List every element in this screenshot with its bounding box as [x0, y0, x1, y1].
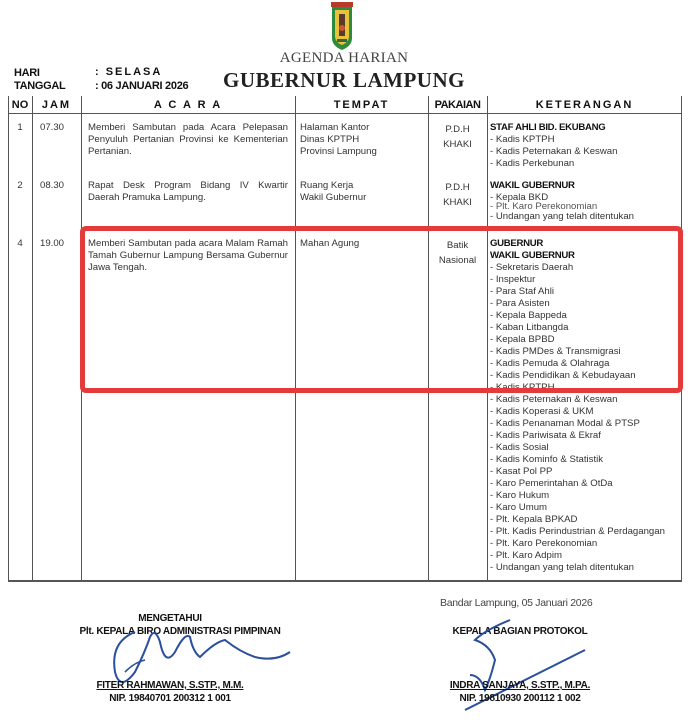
- row-attire: P.D.H KHAKI: [428, 122, 487, 152]
- venue-line: Ruang Kerja: [300, 180, 425, 192]
- left-signer-nip: NIP. 19840701 200312 1 001: [90, 693, 250, 704]
- remarks-item: - Karo Hukum: [490, 490, 680, 502]
- venue-line: Wakil Gubernur: [300, 192, 425, 204]
- remarks-item: - Karo Pemerintahan & OtDa: [490, 478, 680, 490]
- place-date: Bandar Lampung, 05 Januari 2026: [440, 597, 592, 609]
- row-remarks: WAKIL GUBERNUR - Kepala BKD - Plt. Karo …: [490, 180, 680, 226]
- row-time: 19.00: [40, 238, 64, 250]
- column-header-jam: JAM: [32, 99, 81, 111]
- remarks-item: - Kadis Penanaman Modal & PTSP: [490, 418, 680, 430]
- venue-line: Halaman Kantor: [300, 122, 425, 134]
- column-header-tempat: TEMPAT: [295, 99, 428, 111]
- column-header-no: NO: [8, 99, 32, 111]
- right-signer-nip: NIP. 19810930 200112 1 002: [430, 693, 610, 704]
- right-signer-name: INDRA SANJAYA, S.STP., M.PA.: [430, 680, 610, 691]
- attire-line: P.D.H: [428, 122, 487, 137]
- row-attire: P.D.H KHAKI: [428, 180, 487, 210]
- column-divider: [32, 96, 33, 582]
- remarks-item: - Kadis Koperasi & UKM: [490, 406, 680, 418]
- attire-line: P.D.H: [428, 180, 487, 195]
- remarks-item: - Plt. Kepala BPKAD: [490, 514, 680, 526]
- remarks-item: - Kadis Sosial: [490, 442, 680, 454]
- venue-line: Dinas KPTPH: [300, 134, 425, 146]
- column-header-keterangan: KETERANGAN: [487, 99, 682, 111]
- row-time: 07.30: [40, 122, 64, 134]
- column-header-acara: A C A R A: [81, 99, 295, 111]
- column-header-pakaian: PAKAIAN: [428, 99, 487, 111]
- remarks-item: - Kadis Perkebunan: [490, 158, 680, 170]
- remarks-item: - Undangan yang telah ditentukan: [490, 562, 680, 574]
- remarks-item: - Kadis Pariwisata & Ekraf: [490, 430, 680, 442]
- remarks-item: - Plt. Kadis Perindustrian & Perdagangan: [490, 526, 680, 538]
- remarks-item: - Plt. Karo Adpim: [490, 550, 680, 562]
- attire-line: KHAKI: [428, 195, 487, 210]
- header-divider: [8, 113, 682, 114]
- document-subtitle: AGENDA HARIAN: [0, 50, 688, 67]
- remarks-item: - Kadis Peternakan & Keswan: [490, 394, 680, 406]
- remarks-item: - Kadis Kominfo & Statistik: [490, 454, 680, 466]
- row-time: 08.30: [40, 180, 64, 192]
- remarks-item: - Plt. Karo Perekonomian: [490, 538, 680, 550]
- remarks-heading: STAF AHLI BID. EKUBANG: [490, 122, 680, 134]
- row-event: Memberi Sambutan pada Acara Pelepasan Pe…: [88, 122, 288, 158]
- day-value: : SELASA: [95, 66, 162, 78]
- row-no: 2: [8, 180, 32, 192]
- remarks-item: - Kadis Peternakan & Keswan: [490, 146, 680, 158]
- left-signer-name: FITER RAHMAWAN, S.STP., M.M.: [90, 680, 250, 691]
- date-value: : 06 JANUARI 2026: [95, 80, 188, 92]
- lampung-crest-logo: [331, 2, 353, 50]
- remarks-heading: WAKIL GUBERNUR: [490, 180, 680, 192]
- row-event: Rapat Desk Program Bidang IV Kwartir Dae…: [88, 180, 288, 204]
- row-venue: Ruang Kerja Wakil Gubernur: [300, 180, 425, 204]
- row-no: 1: [8, 122, 32, 134]
- attire-line: KHAKI: [428, 137, 487, 152]
- day-label: HARI: [14, 67, 40, 79]
- highlight-box: [80, 226, 683, 393]
- remarks-item: - Plt. Karo Perekonomian: [490, 201, 680, 213]
- remarks-item: - Karo Umum: [490, 502, 680, 514]
- row-no: 4: [8, 238, 32, 250]
- date-label: TANGGAL: [14, 80, 65, 92]
- remarks-item: - Kasat Pol PP: [490, 466, 680, 478]
- row-remarks: STAF AHLI BID. EKUBANG - Kadis KPTPH - K…: [490, 122, 680, 170]
- row-venue: Halaman Kantor Dinas KPTPH Provinsi Lamp…: [300, 122, 425, 158]
- venue-line: Provinsi Lampung: [300, 146, 425, 158]
- remarks-item: - Kadis KPTPH: [490, 134, 680, 146]
